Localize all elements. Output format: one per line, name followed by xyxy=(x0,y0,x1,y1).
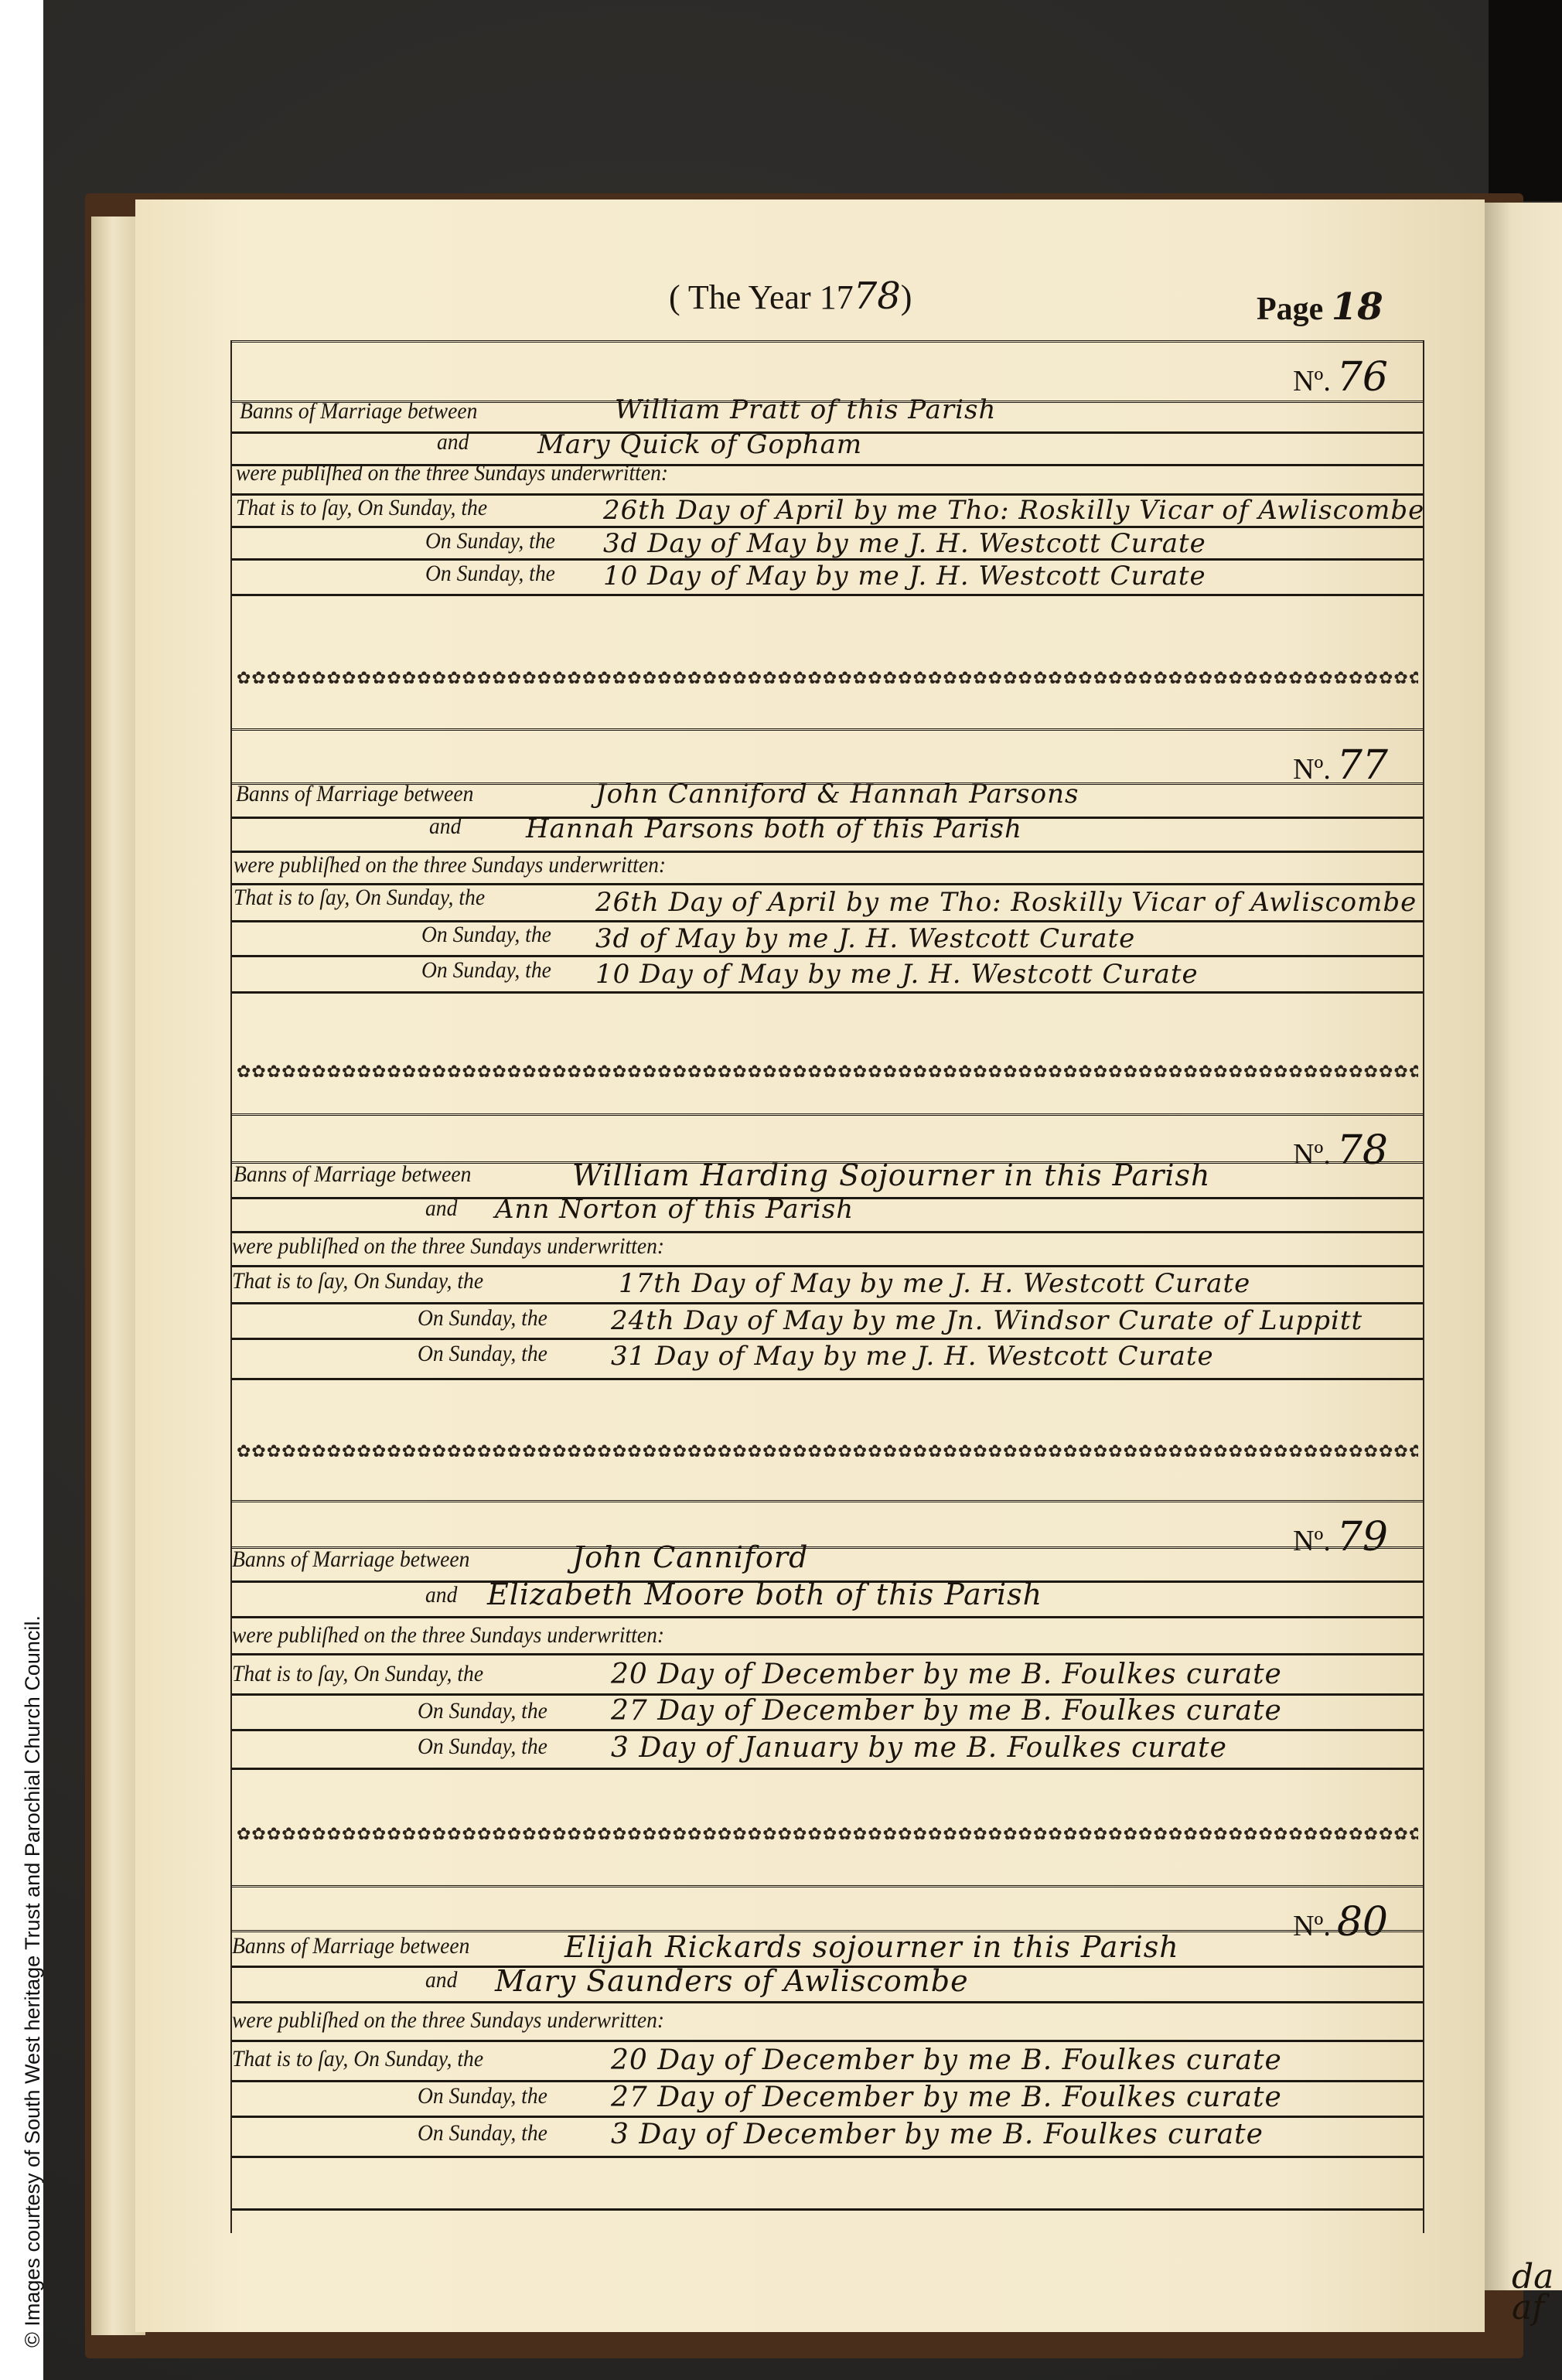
first-sunday-label: That is to ſay, On Sunday, the xyxy=(232,1268,483,1294)
page-header: ( The Year 1778) Page 18 xyxy=(0,274,1562,336)
banns-between-label: Banns of Marriage between xyxy=(240,398,477,425)
rule xyxy=(232,2116,1423,2118)
rule xyxy=(232,1265,1423,1267)
rule xyxy=(232,2001,1423,2003)
entry-number: Nº.76 xyxy=(1293,354,1388,401)
ornament-divider: ✿✿✿✿✿✿✿✿✿✿✿✿✿✿✿✿✿✿✿✿✿✿✿✿✿✿✿✿✿✿✿✿✿✿✿✿✿✿✿✿… xyxy=(237,1062,1418,1086)
rule xyxy=(232,2156,1423,2158)
first-sunday-label: That is to ſay, On Sunday, the xyxy=(236,495,487,521)
groom-name: Elijah Rickards sojourner in this Parish xyxy=(564,1930,1179,1964)
rule xyxy=(232,1113,1423,1119)
rule xyxy=(232,1653,1423,1655)
banns-entry: Nº.79 Banns of Marriage between John Can… xyxy=(232,1500,1423,1887)
year-prefix: ( The Year xyxy=(669,278,820,316)
third-sunday-label: On Sunday, the xyxy=(425,561,555,587)
second-sunday-record: 3d Day of May by me J. H. Westcott Curat… xyxy=(603,528,1206,559)
rule xyxy=(232,2208,1423,2211)
facing-page-fragment: da af xyxy=(1512,2262,1553,2324)
ornament-divider: ✿✿✿✿✿✿✿✿✿✿✿✿✿✿✿✿✿✿✿✿✿✿✿✿✿✿✿✿✿✿✿✿✿✿✿✿✿✿✿✿… xyxy=(237,669,1418,692)
page-label: Page 18 xyxy=(1257,285,1383,329)
year-label: ( The Year 1778) xyxy=(669,274,912,318)
facing-page-gutter xyxy=(1485,203,1562,2290)
entry-number: Nº.79 xyxy=(1293,1514,1388,1560)
and-label: and xyxy=(425,1967,457,1993)
banns-register: Nº.76 Banns of Marriage between William … xyxy=(230,340,1424,2233)
second-sunday-record: 3d of May by me J. H. Westcott Curate xyxy=(595,923,1135,954)
year-suffix: ) xyxy=(901,278,912,316)
banns-between-label: Banns of Marriage between xyxy=(234,1161,471,1188)
rule xyxy=(232,1338,1423,1340)
rule xyxy=(232,1378,1423,1380)
banns-between-label: Banns of Marriage between xyxy=(232,1546,469,1573)
first-sunday-label: That is to ſay, On Sunday, the xyxy=(232,2046,483,2072)
second-sunday-label: On Sunday, the xyxy=(418,1305,547,1332)
groom-name: William Harding Sojourner in this Parish xyxy=(572,1158,1211,1192)
published-label: were publiſhed on the three Sundays unde… xyxy=(236,460,668,486)
bride-name: Mary Quick of Gopham xyxy=(537,429,862,460)
banns-between-label: Banns of Marriage between xyxy=(236,781,473,807)
third-sunday-label: On Sunday, the xyxy=(418,1734,547,1760)
entry-number-value: 78 xyxy=(1337,1127,1388,1174)
rule xyxy=(232,2040,1423,2042)
published-label: were publiſhed on the three Sundays unde… xyxy=(232,1622,664,1649)
and-label: and xyxy=(425,1582,457,1608)
first-sunday-record: 26th Day of April by me Tho: Roskilly Vi… xyxy=(603,495,1424,526)
third-sunday-record: 10 Day of May by me J. H. Westcott Curat… xyxy=(603,561,1206,592)
rule xyxy=(232,991,1423,994)
first-sunday-record: 20 Day of December by me B. Foulkes cura… xyxy=(611,1659,1282,1690)
third-sunday-record: 10 Day of May by me J. H. Westcott Curat… xyxy=(595,959,1199,990)
second-sunday-record: 27 Day of December by me B. Foulkes cura… xyxy=(611,1695,1282,1727)
rule xyxy=(232,1302,1423,1304)
first-sunday-label: That is to ſay, On Sunday, the xyxy=(232,1661,483,1687)
book-cover-edge xyxy=(1489,0,1562,201)
rule xyxy=(232,1768,1423,1770)
page-label-text: Page xyxy=(1257,292,1323,327)
first-sunday-record: 20 Day of December by me B. Foulkes cura… xyxy=(611,2044,1282,2076)
second-sunday-record: 27 Day of December by me B. Foulkes cura… xyxy=(611,2082,1282,2113)
rule xyxy=(232,728,1423,734)
groom-name: William Pratt of this Parish xyxy=(615,394,996,425)
second-sunday-label: On Sunday, the xyxy=(418,2083,547,2109)
third-sunday-record: 3 Day of December by me B. Foulkes curat… xyxy=(611,2119,1264,2150)
rule xyxy=(232,920,1423,922)
rule xyxy=(232,955,1423,957)
year-handwritten-digits: 78 xyxy=(854,274,901,318)
number-prefix: Nº. xyxy=(1293,1910,1331,1942)
entry-number-value: 76 xyxy=(1337,354,1388,401)
third-sunday-label: On Sunday, the xyxy=(421,957,551,984)
rule xyxy=(232,594,1423,596)
entry-number-value: 79 xyxy=(1337,1514,1388,1560)
second-sunday-record: 24th Day of May by me Jn. Windsor Curate… xyxy=(611,1305,1362,1336)
banns-entry: Nº.80 Banns of Marriage between Elijah R… xyxy=(232,1885,1423,2272)
banns-entry: Nº.77 Banns of Marriage between John Can… xyxy=(232,728,1423,1115)
bride-name: Ann Norton of this Parish xyxy=(495,1194,854,1225)
entry-number: Nº.77 xyxy=(1293,742,1388,789)
published-label: were publiſhed on the three Sundays unde… xyxy=(232,1233,664,1260)
number-prefix: Nº. xyxy=(1293,365,1331,397)
rule xyxy=(232,340,1423,346)
rule xyxy=(232,1729,1423,1731)
ornament-divider: ✿✿✿✿✿✿✿✿✿✿✿✿✿✿✿✿✿✿✿✿✿✿✿✿✿✿✿✿✿✿✿✿✿✿✿✿✿✿✿✿… xyxy=(237,1442,1418,1465)
copyright-credit: © Images courtesy of South West heritage… xyxy=(22,1615,43,2348)
third-sunday-label: On Sunday, the xyxy=(418,2120,547,2146)
groom-name: John Canniford xyxy=(572,1540,808,1574)
banns-entry: Nº.78 Banns of Marriage between William … xyxy=(232,1113,1423,1500)
number-prefix: Nº. xyxy=(1293,753,1331,786)
second-sunday-label: On Sunday, the xyxy=(425,528,555,554)
rule xyxy=(232,1616,1423,1618)
published-label: were publiſhed on the three Sundays unde… xyxy=(232,2007,664,2034)
banns-between-label: Banns of Marriage between xyxy=(232,1933,469,1959)
rule xyxy=(232,1885,1423,1891)
entry-number: Nº.80 xyxy=(1293,1899,1388,1945)
groom-name: John Canniford & Hannah Parsons xyxy=(595,779,1079,810)
number-prefix: Nº. xyxy=(1293,1525,1331,1557)
entry-number-value: 80 xyxy=(1337,1899,1388,1945)
first-sunday-record: 26th Day of April by me Tho: Roskilly Vi… xyxy=(595,887,1417,918)
first-sunday-record: 17th Day of May by me J. H. Westcott Cur… xyxy=(619,1268,1250,1299)
banns-entry: Nº.76 Banns of Marriage between William … xyxy=(232,340,1423,727)
rule xyxy=(232,1500,1423,1505)
page-number: 18 xyxy=(1332,285,1383,329)
bride-name: Mary Saunders of Awliscombe xyxy=(495,1964,969,1998)
bride-name: Elizabeth Moore both of this Parish xyxy=(487,1577,1042,1611)
second-sunday-label: On Sunday, the xyxy=(418,1698,547,1724)
bride-name: Hannah Parsons both of this Parish xyxy=(526,813,1022,844)
published-label: were publiſhed on the three Sundays unde… xyxy=(234,852,666,878)
third-sunday-record: 31 Day of May by me J. H. Westcott Curat… xyxy=(611,1341,1214,1372)
third-sunday-record: 3 Day of January by me B. Foulkes curate xyxy=(611,1732,1227,1764)
and-label: and xyxy=(425,1195,457,1222)
year-printed-digits: 17 xyxy=(820,278,854,316)
ornament-divider: ✿✿✿✿✿✿✿✿✿✿✿✿✿✿✿✿✿✿✿✿✿✿✿✿✿✿✿✿✿✿✿✿✿✿✿✿✿✿✿✿… xyxy=(237,1825,1418,1848)
entry-number: Nº.78 xyxy=(1293,1127,1388,1174)
second-sunday-label: On Sunday, the xyxy=(421,922,551,948)
entry-number-value: 77 xyxy=(1337,742,1388,789)
third-sunday-label: On Sunday, the xyxy=(418,1341,547,1367)
credit-strip: © Images courtesy of South West heritage… xyxy=(0,0,43,2380)
first-sunday-label: That is to ſay, On Sunday, the xyxy=(234,885,485,911)
and-label: and xyxy=(437,429,469,455)
and-label: and xyxy=(429,813,461,840)
